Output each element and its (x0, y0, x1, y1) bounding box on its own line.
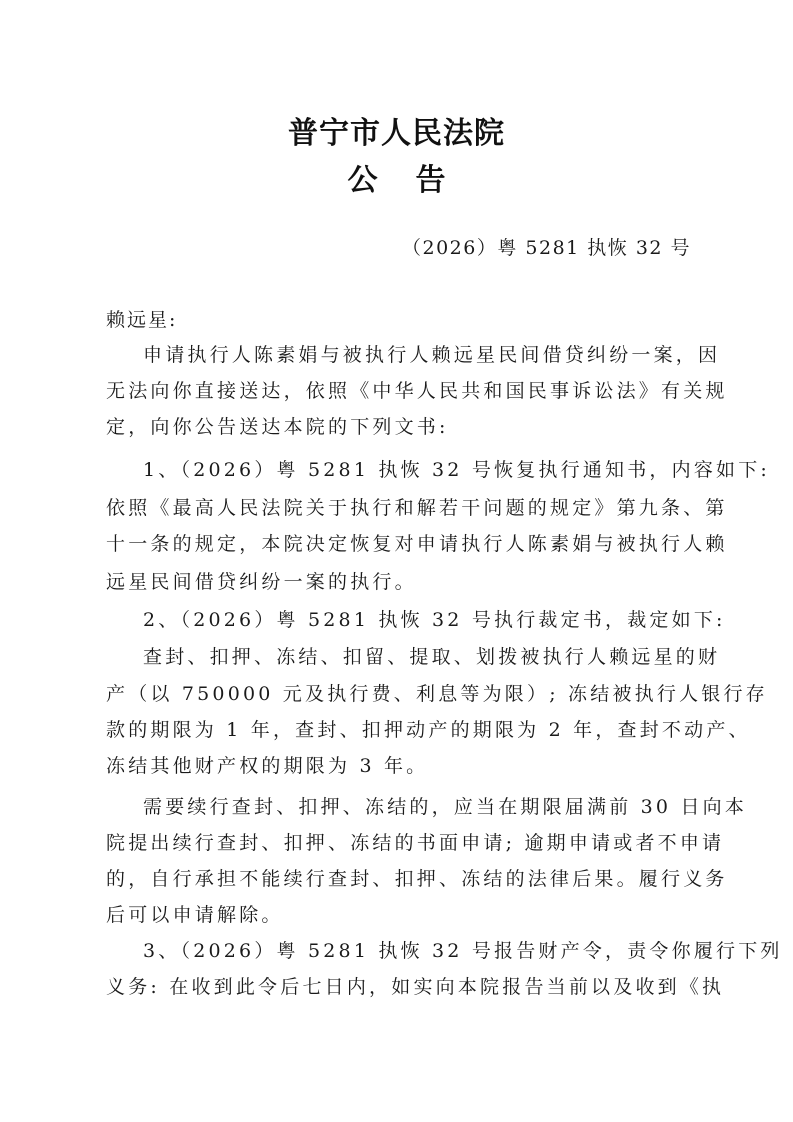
body-line: 依照《最高人民法院关于执行和解若干问题的规定》第九条、第 (106, 494, 696, 522)
body-line: 的，自行承担不能续行查封、扣押、冻结的法律后果。履行义务 (106, 865, 696, 893)
body-line: 远星民间借贷纠纷一案的执行。 (106, 568, 696, 596)
body-line: 2、（2026）粤 5281 执恢 32 号执行裁定书，裁定如下: (143, 606, 696, 634)
court-name-heading: 普宁市人民法院 (0, 116, 793, 152)
body-line: 后可以申请解除。 (106, 901, 696, 929)
body-line: 需要续行查封、扣押、冻结的，应当在期限届满前 30 日向本 (143, 793, 696, 821)
body-line: 1、（2026）粤 5281 执恢 32 号恢复执行通知书，内容如下: (143, 456, 696, 484)
body-line: 产（以 750000 元及执行费、利息等为限）; 冻结被执行人银行存 (106, 680, 696, 708)
body-line: 定，向你公告送达本院的下列文书: (106, 413, 696, 441)
body-line: 查封、扣押、冻结、扣留、提取、划拨被执行人赖远星的财 (143, 643, 696, 671)
body-line: 院提出续行查封、扣押、冻结的书面申请; 逾期申请或者不申请 (106, 829, 696, 857)
body-line: 款的期限为 1 年，查封、扣押动产的期限为 2 年，查封不动产、 (106, 716, 696, 744)
body-line: 义务: 在收到此令后七日内，如实向本院报告当前以及收到《执 (106, 973, 696, 1001)
document-page: 普宁市人民法院 公告 （2026）粤 5281 执恢 32 号 赖远星: 申请执… (0, 0, 793, 1122)
case-number: （2026）粤 5281 执恢 32 号 (402, 234, 691, 262)
notice-title: 公告 (0, 163, 793, 199)
body-line: 申请执行人陈素娟与被执行人赖远星民间借贷纠纷一案，因 (143, 341, 696, 369)
body-line: 无法向你直接送达，依照《中华人民共和国民事诉讼法》有关规 (106, 377, 696, 405)
body-line: 十一条的规定，本院决定恢复对申请执行人陈素娟与被执行人赖 (106, 530, 696, 558)
addressee: 赖远星: (106, 306, 696, 334)
body-line: 冻结其他财产权的期限为 3 年。 (106, 752, 696, 780)
body-line: 3、（2026）粤 5281 执恢 32 号报告财产令，责令你履行下列 (143, 937, 696, 965)
